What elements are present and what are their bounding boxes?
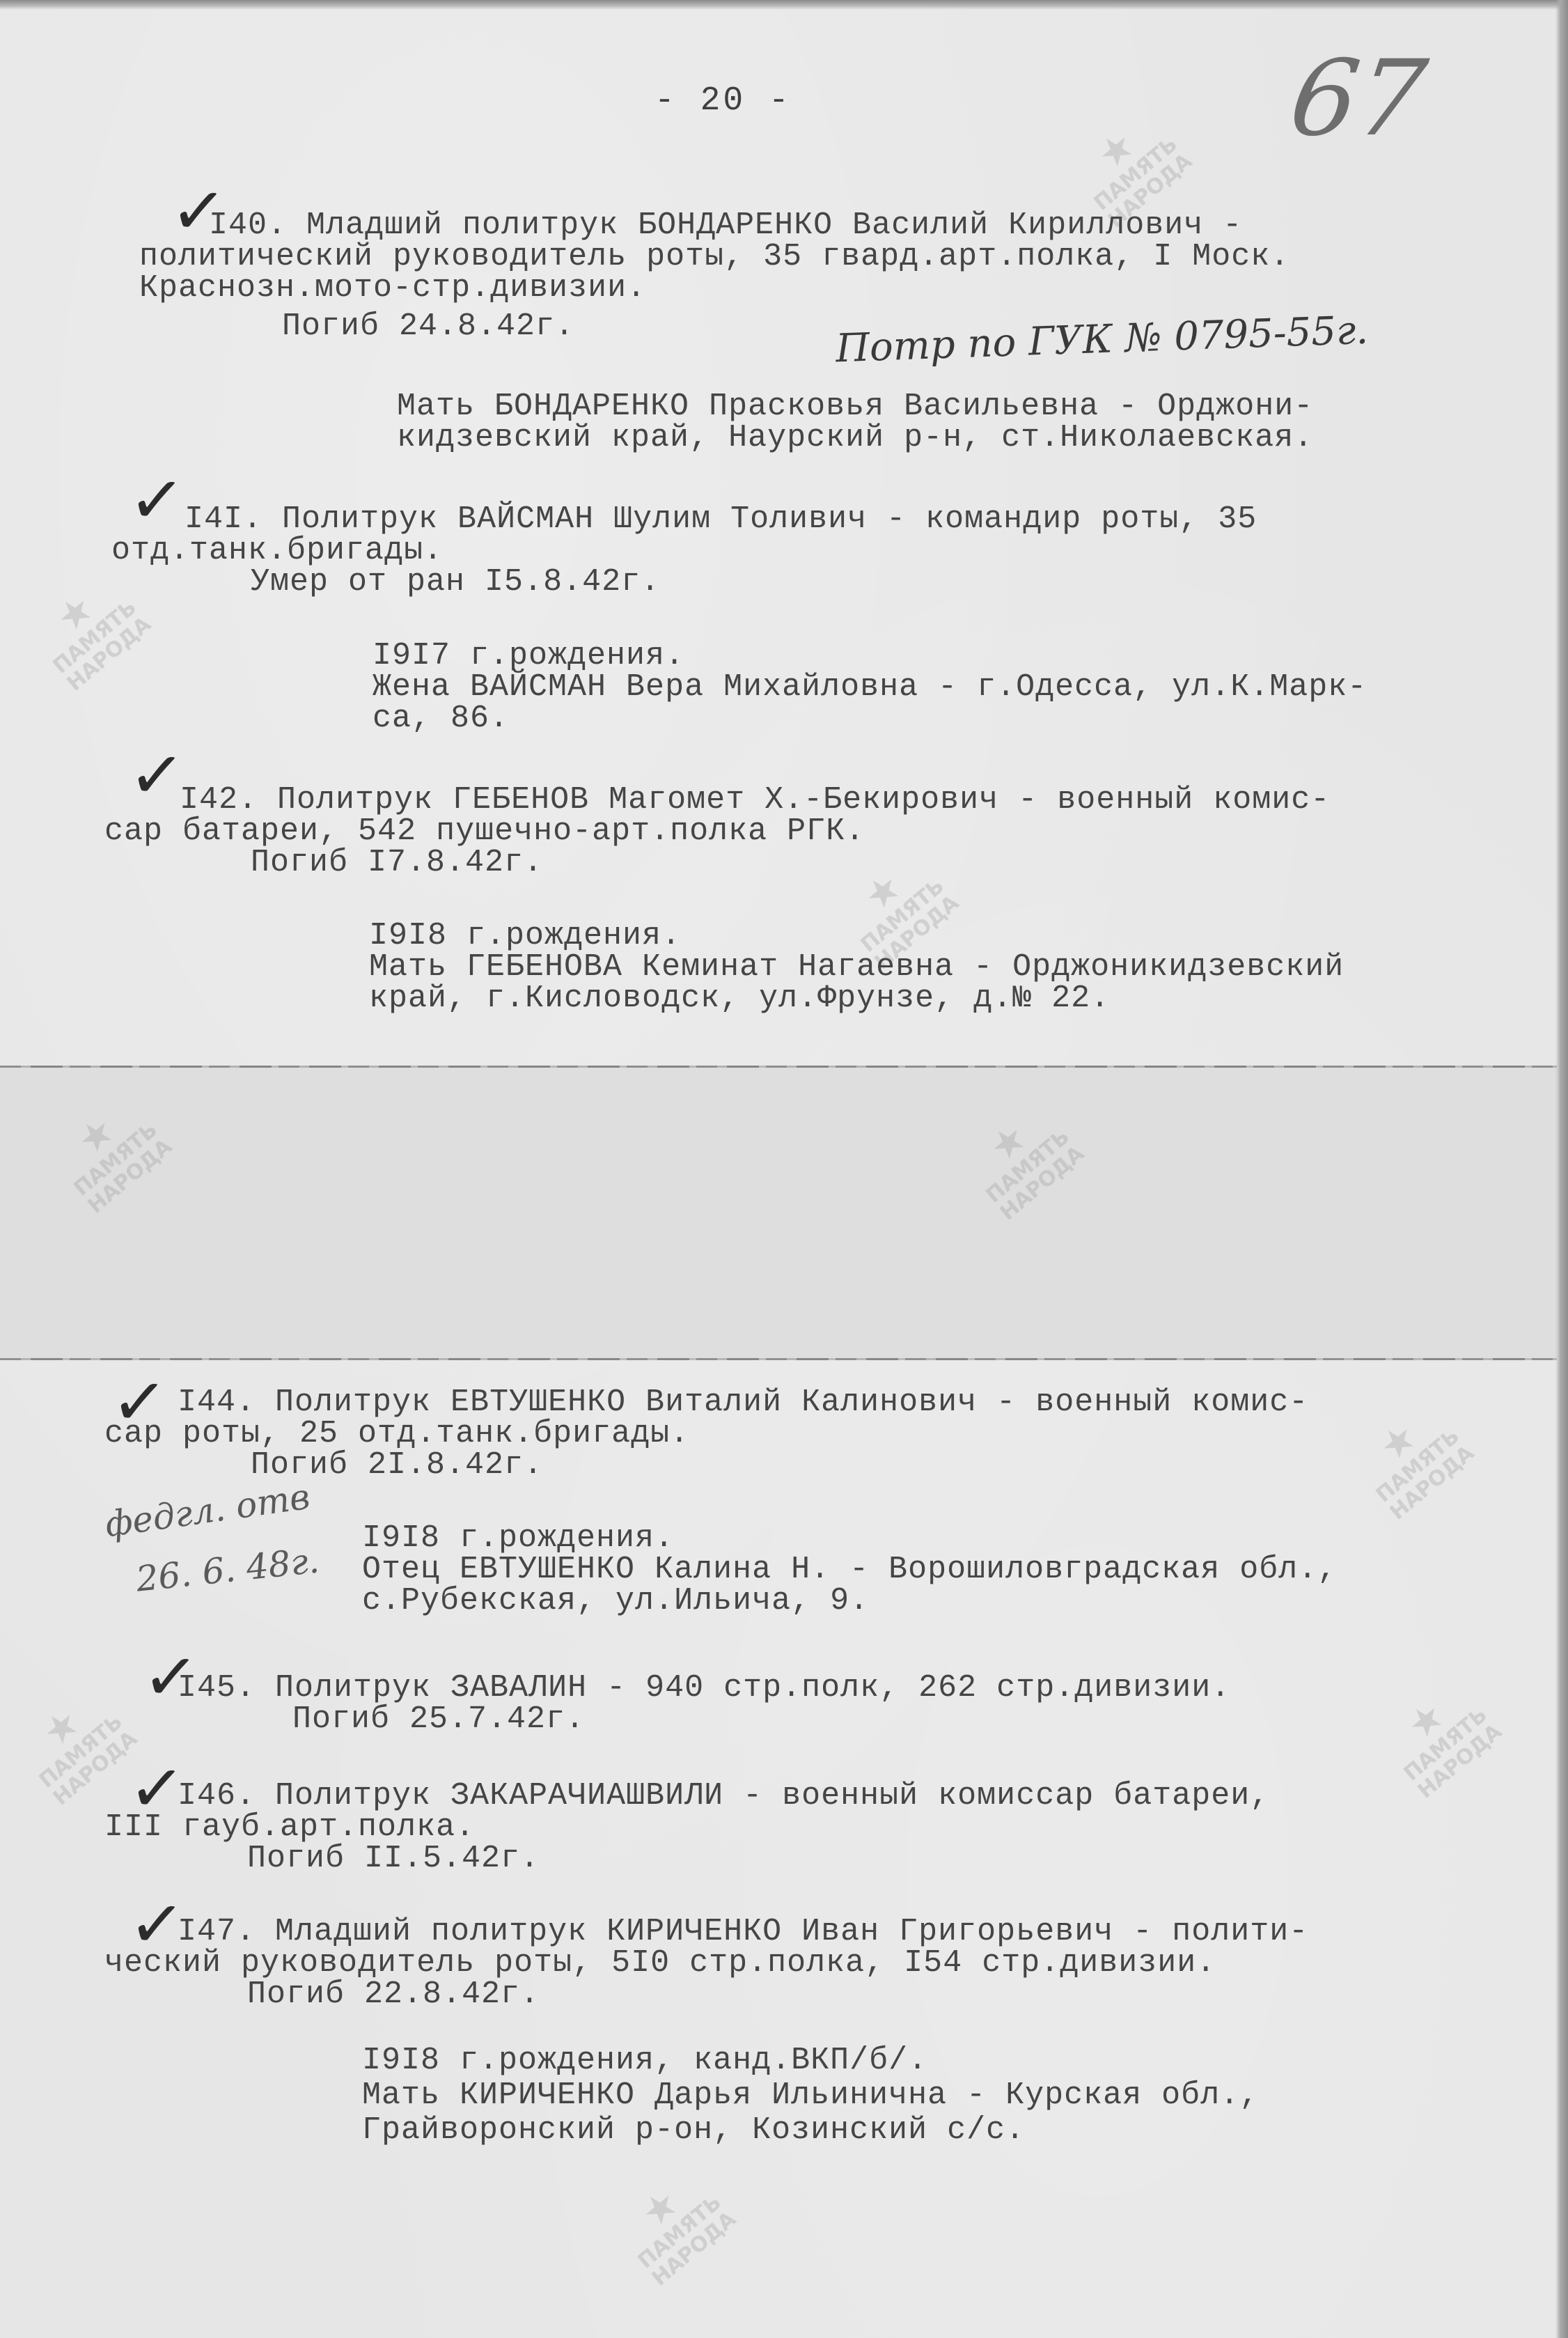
relative-line: Мать ГЕБЕНОВА Кеминат Нагаевна - Орджони… bbox=[369, 951, 1344, 984]
relative-line: Отец ЕВТУШЕНКО Калина Н. - Ворошиловград… bbox=[362, 1553, 1337, 1587]
check-mark-icon: ✓ bbox=[127, 740, 187, 810]
entry-death-line: Умер от ран I5.8.42г. bbox=[251, 566, 660, 599]
entry-line: ческий руководитель роты, 5I0 стр.полка,… bbox=[104, 1947, 1216, 1980]
entry-line: I45. Политрук ЗАВАЛИН - 940 стр.полк, 26… bbox=[178, 1671, 1230, 1705]
entry-line: III гауб.арт.полка. bbox=[104, 1811, 475, 1844]
relative-line: кидзевский край, Наурский р-н, ст.Никола… bbox=[397, 421, 1313, 455]
relative-line: I9I7 г.рождения. bbox=[373, 639, 684, 673]
entry-death-line: Погиб I7.8.42г. bbox=[251, 846, 543, 880]
entry-line: отд.танк.бригады. bbox=[111, 534, 443, 568]
relative-line: с.Рубекская, ул.Ильича, 9. bbox=[362, 1584, 869, 1618]
relative-line: Мать БОНДАРЕНКО Прасковья Васильевна - О… bbox=[397, 390, 1313, 423]
fold-crease-top bbox=[0, 1066, 1557, 1068]
entry-death-line: Погиб 2I.8.42г. bbox=[251, 1449, 543, 1482]
relative-line: са, 86. bbox=[373, 702, 509, 735]
relative-line: Мать КИРИЧЕНКО Дарья Ильинична - Курская… bbox=[362, 2079, 1259, 2112]
entry-line: I4I. Политрук ВАЙСМАН Шулим Толивич - ко… bbox=[185, 503, 1257, 536]
entry-line: I42. Политрук ГЕБЕНОВ Магомет Х.-Бекиров… bbox=[180, 784, 1330, 817]
check-mark-icon: ✓ bbox=[127, 465, 187, 535]
entry-death-line: Погиб 22.8.42г. bbox=[247, 1978, 540, 2011]
relative-line: Жена ВАЙСМАН Вера Михайловна - г.Одесса,… bbox=[373, 671, 1367, 704]
relative-line: I9I8 г.рождения. bbox=[369, 919, 681, 953]
relative-line: I9I8 г.рождения. bbox=[362, 1522, 674, 1555]
sheet-number-handwritten: 67 bbox=[1283, 38, 1433, 159]
entry-line: политический руководитель роты, 35 гвард… bbox=[139, 240, 1289, 274]
page-number: - 20 - bbox=[654, 82, 792, 120]
scan-edge-top bbox=[0, 0, 1568, 10]
entry-death-line: Погиб 24.8.42г. bbox=[282, 310, 574, 343]
entry-death-line: Погиб II.5.42г. bbox=[247, 1842, 540, 1876]
entry-line: I46. Политрук ЗАКАРАЧИАШВИЛИ - военный к… bbox=[178, 1779, 1269, 1813]
scan-edge-right bbox=[1555, 0, 1568, 2338]
entry-line: Краснозн.мото-стр.дивизии. bbox=[139, 272, 646, 305]
entry-line: I47. Младший политрук КИРИЧЕНКО Иван Гри… bbox=[178, 1915, 1308, 1949]
relative-line: Грайворонский р-он, Козинский с/с. bbox=[362, 2114, 1025, 2147]
entry-line: сар батареи, 542 пушечно-арт.полка РГК. bbox=[104, 815, 865, 848]
entry-line: I40. Младший политрук БОНДАРЕНКО Василий… bbox=[209, 209, 1242, 242]
relative-line: I9I8 г.рождения, канд.ВКП/б/. bbox=[362, 2044, 927, 2078]
relative-line: край, г.Кисловодск, ул.Фрунзе, д.№ 22. bbox=[369, 982, 1110, 1015]
fold-crease-bottom bbox=[0, 1358, 1557, 1360]
entry-death-line: Погиб 25.7.42г. bbox=[292, 1703, 585, 1736]
entry-line: I44. Политрук ЕВТУШЕНКО Виталий Калинови… bbox=[178, 1386, 1308, 1419]
folded-section bbox=[0, 1066, 1557, 1358]
entry-line: сар роты, 25 отд.танк.бригады. bbox=[104, 1417, 689, 1451]
